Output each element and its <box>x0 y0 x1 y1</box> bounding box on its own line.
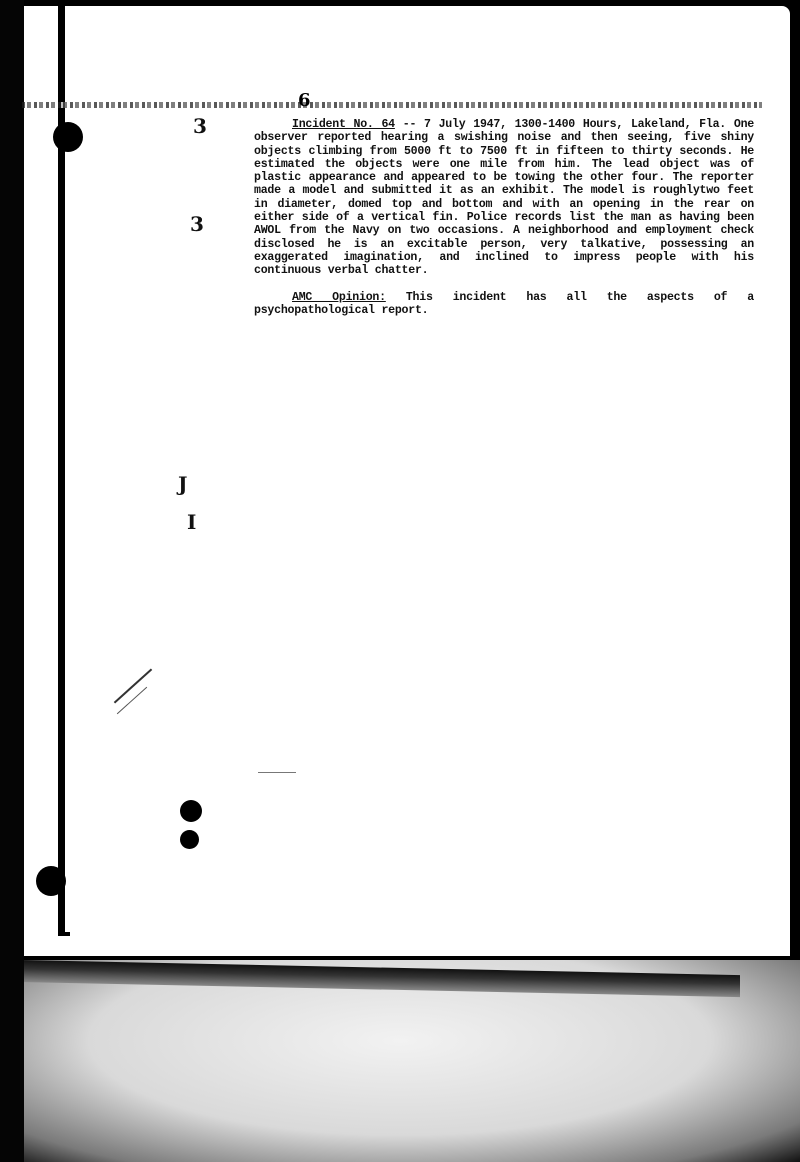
punch-hole-icon <box>180 800 202 822</box>
margin-mark: 3 <box>190 212 204 236</box>
stray-mark <box>258 772 296 773</box>
scan-left-edge <box>0 0 24 1162</box>
incident-body: One observer reported hearing a swishing… <box>254 118 754 277</box>
opinion-label: AMC Opinion: <box>292 291 386 304</box>
page-number: 6 <box>298 90 311 111</box>
incident-label: Incident No. 64 <box>292 118 395 131</box>
margin-mark: 3 <box>193 114 207 138</box>
margin-mark: I <box>187 510 196 534</box>
opinion-paragraph: AMC Opinion: This incident has all the a… <box>254 291 754 318</box>
incident-header: -- 7 July 1947, 1300-1400 Hours, Lakelan… <box>395 118 726 131</box>
incident-paragraph: Incident No. 64 -- 7 July 1947, 1300-140… <box>254 118 754 278</box>
punch-hole-icon <box>180 830 199 849</box>
margin-mark: J <box>178 472 187 496</box>
document-body: Incident No. 64 -- 7 July 1947, 1300-140… <box>254 118 754 317</box>
binder-rule-foot <box>58 932 70 936</box>
binder-hole-icon <box>53 122 83 152</box>
binder-hole-icon <box>36 866 66 896</box>
header-rule <box>22 102 762 108</box>
